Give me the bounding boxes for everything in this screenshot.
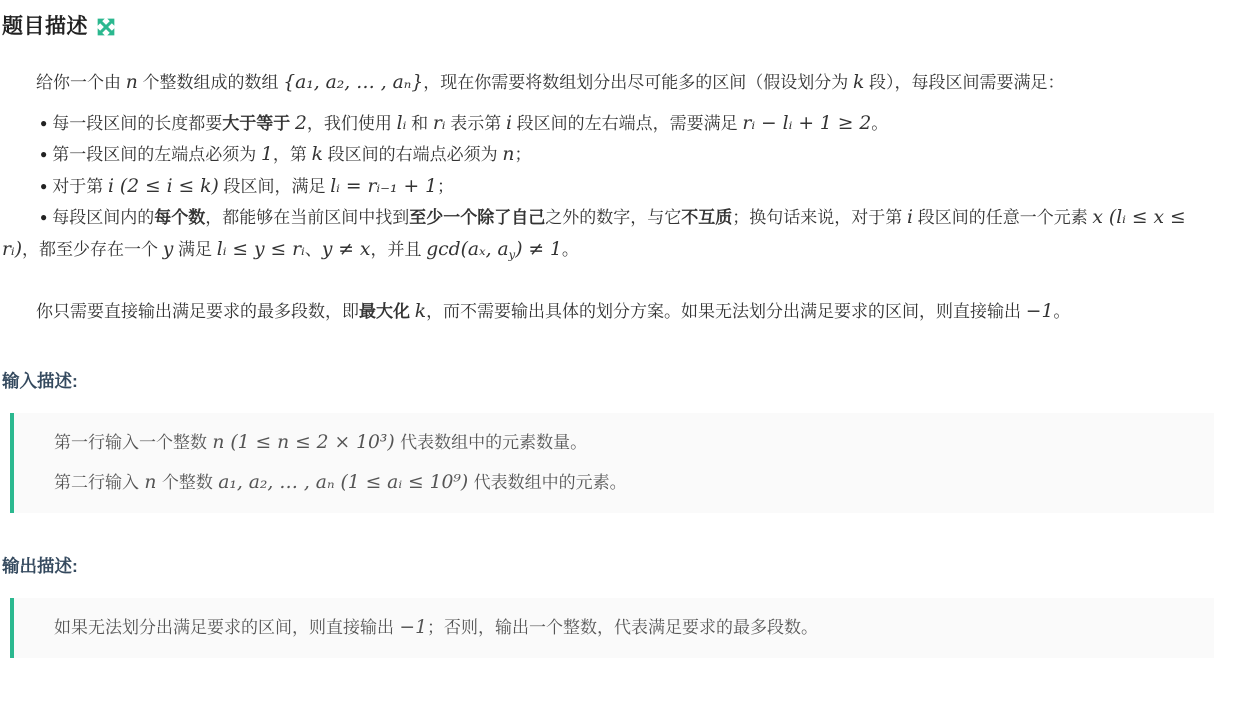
math-inline: lᵢ ≤ y ≤ rᵢ: [217, 239, 305, 260]
math-inline: rᵢ − lᵢ + 1 ≥ 2: [742, 113, 871, 134]
text-run: ，我们使用: [307, 114, 397, 133]
input-section-heading: 输入描述:: [2, 368, 1226, 393]
text-run: ，而不需要输出具体的划分方案。如果无法划分出满足要求的区间，则直接输出: [426, 302, 1026, 321]
problem-page: 题目描述 给你一个由 n 个整数组成的数组 {a₁, a₂, … , aₙ}，现…: [0, 0, 1240, 658]
math-inline: k: [312, 144, 323, 165]
text-run: ，现在你需要将数组划分出尽可能多的区间（假设划分为: [423, 73, 853, 92]
text-run: 每个数: [154, 208, 205, 227]
text-run: ，并且: [370, 240, 426, 259]
math-inline: i (2 ≤ i ≤ k): [108, 176, 219, 197]
output-section-heading: 输出描述:: [2, 553, 1226, 578]
bullet-marker: ●: [40, 116, 47, 130]
text-run: 大于等于: [222, 114, 290, 133]
text-run: 第一行输入一个整数: [54, 433, 212, 453]
text-run: 段区间的左右端点，需要满足: [512, 114, 742, 133]
math-inline: n: [502, 144, 514, 165]
math-inline: k: [415, 301, 426, 322]
input-line-1: 第一行输入一个整数 n (1 ≤ n ≤ 2 × 10³) 代表数组中的元素数量…: [54, 423, 1198, 463]
math-inline: y: [163, 239, 174, 260]
math-inline: rᵢ: [433, 113, 446, 134]
text-run: 代表数组中的元素数量。: [395, 433, 587, 453]
text-run: 。: [1053, 302, 1070, 321]
math-inline: n: [144, 472, 156, 493]
text-run: 每段区间内的: [52, 208, 154, 227]
text-run: ，第: [273, 145, 312, 164]
math-inline: −1: [1026, 301, 1054, 322]
text-run: ，都能够在当前区间中找到: [205, 208, 409, 227]
text-run: 满足: [173, 240, 216, 259]
bullet-marker: ●: [40, 210, 47, 224]
math-inline: gcd(aₓ, a: [426, 239, 508, 260]
math-inline: {a₁, a₂, … , aₙ}: [283, 72, 423, 93]
constraint-bullet-3: ●对于第 i (2 ≤ i ≤ k) 段区间，满足 lᵢ = rᵢ₋₁ + 1；: [2, 171, 1226, 203]
text-run: 对于第: [52, 177, 108, 196]
statement-paragraph-2: 你只需要直接输出满足要求的最多段数，即最大化 k，而不需要输出具体的划分方案。如…: [2, 296, 1226, 328]
text-run: ；: [514, 145, 531, 164]
text-run: 和: [406, 114, 432, 133]
text-run: 第二行输入: [54, 473, 144, 493]
text-run: ；换句话来说，对于第: [732, 208, 907, 227]
input-description-box: 第一行输入一个整数 n (1 ≤ n ≤ 2 × 10³) 代表数组中的元素数量…: [10, 413, 1214, 513]
bullet-marker: ●: [40, 147, 47, 161]
text-run: 你只需要直接输出满足要求的最多段数，即: [36, 302, 359, 321]
math-inline: k: [853, 72, 864, 93]
input-line-2: 第二行输入 n 个整数 a₁, a₂, … , aₙ (1 ≤ aᵢ ≤ 10⁹…: [54, 463, 1198, 503]
text-run: 。: [562, 240, 579, 259]
text-run: 第一段区间的左端点必须为: [52, 145, 261, 164]
text-run: 至少一个除了自己: [409, 208, 545, 227]
math-inline: ) ≠ 1: [515, 239, 562, 260]
expand-arrows-icon[interactable]: [96, 17, 116, 37]
math-inline: a₁, a₂, … , aₙ (1 ≤ aᵢ ≤ 10⁹): [218, 472, 468, 493]
problem-statement: 给你一个由 n 个整数组成的数组 {a₁, a₂, … , aₙ}，现在你需要将…: [2, 67, 1226, 328]
text-run: 段区间，满足: [219, 177, 330, 196]
constraint-bullet-4: ●每段区间内的每个数，都能够在当前区间中找到至少一个除了自己之外的数字，与它不互…: [2, 202, 1226, 265]
text-run: 、: [305, 240, 322, 259]
text-run: 代表数组中的元素。: [468, 473, 626, 493]
text-run: 不互质: [681, 208, 732, 227]
output-line-1: 如果无法划分出满足要求的区间，则直接输出 −1；否则，输出一个整数，代表满足要求…: [54, 608, 1198, 648]
math-inline: lᵢ = rᵢ₋₁ + 1: [330, 176, 437, 197]
output-description-box: 如果无法划分出满足要求的区间，则直接输出 −1；否则，输出一个整数，代表满足要求…: [10, 598, 1214, 658]
text-run: 段），每段区间需要满足：: [864, 73, 1064, 92]
text-run: 之外的数字，与它: [545, 208, 681, 227]
statement-paragraph-1: 给你一个由 n 个整数组成的数组 {a₁, a₂, … , aₙ}，现在你需要将…: [2, 67, 1226, 99]
text-run: 给你一个由: [36, 73, 126, 92]
text-run: 。: [871, 114, 888, 133]
math-inline: n: [126, 72, 138, 93]
math-inline: y ≠ x: [322, 239, 371, 260]
math-inline: n (1 ≤ n ≤ 2 × 10³): [212, 432, 394, 453]
text-run: ；: [437, 177, 454, 196]
text-run: 每一段区间的长度都要: [52, 114, 222, 133]
text-run: 如果无法划分出满足要求的区间，则直接输出: [54, 618, 399, 638]
text-run: 个整数组成的数组: [138, 73, 283, 92]
text-run: 段区间的右端点必须为: [323, 145, 502, 164]
constraint-bullet-1: ●每一段区间的长度都要大于等于 2，我们使用 lᵢ 和 rᵢ 表示第 i 段区间…: [2, 108, 1226, 140]
text-run: ，都至少存在一个: [22, 240, 163, 259]
text-run: 段区间的任意一个元素: [913, 208, 1092, 227]
math-inline: 1: [261, 144, 273, 165]
text-run: 个整数: [156, 473, 218, 493]
constraint-bullet-2: ●第一段区间的左端点必须为 1，第 k 段区间的右端点必须为 n；: [2, 139, 1226, 171]
bullet-marker: ●: [40, 179, 47, 193]
text-run: 最大化: [359, 302, 410, 321]
math-inline: lᵢ: [397, 113, 407, 134]
problem-description-header: 题目描述: [2, 10, 1226, 40]
text-run: 表示第: [446, 114, 506, 133]
page-title: 题目描述: [2, 10, 88, 40]
text-run: ；否则，输出一个整数，代表满足要求的最多段数。: [427, 618, 818, 638]
math-inline: −1: [399, 617, 427, 638]
math-inline: 2: [295, 113, 307, 134]
